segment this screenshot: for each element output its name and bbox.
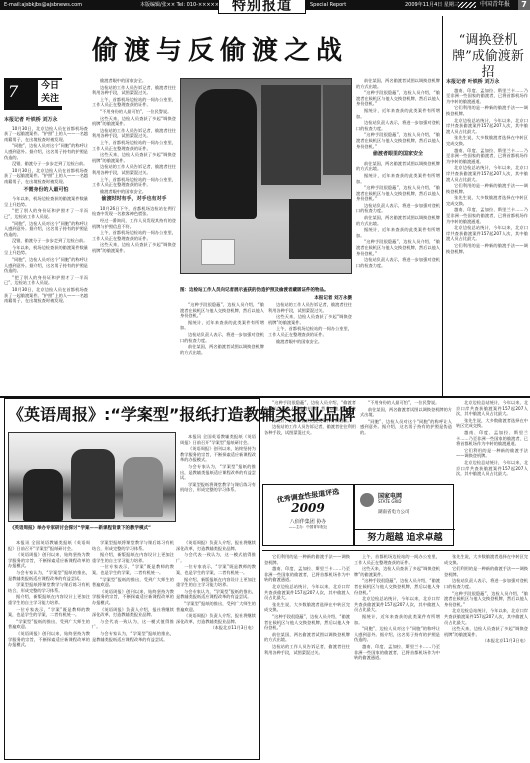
header-email: E-mail:ajsbkjbs@ajsbnews.com	[4, 0, 82, 10]
paragraph: 这些天来，边检人员查获了多起“调换登机牌”的偷渡案件。	[444, 626, 528, 637]
paragraph: 边检站负责人表示，将进一步加强对登机口的检查力度。	[180, 332, 264, 343]
paragraph: 这些天来，边检人员查获了多起“调换登机牌”的偷渡案件。	[92, 116, 176, 127]
paragraph: 据统计，近年来查获的此类案件有所增加。	[354, 614, 440, 625]
paragraph: “这种手段很隐蔽”，边检人员介绍，“偷渡者在候机区与他人交换登机牌，然后以他人身…	[264, 614, 350, 631]
paragraph: 《英语周报》负责人介绍，报社将继续深化改革，打造教辅类报业品牌。	[176, 540, 256, 551]
paragraph: 张先生说，大多数偷渡者选择在中转区完成交换。	[444, 554, 528, 565]
paragraph: 据统计，近年来查获的此类案件有所增加。	[264, 418, 356, 424]
paragraph: 边检站负责人表示，将进一步加强对登机口的检查力度。	[356, 257, 440, 268]
subheading: 偷渡者眼里的国家安全	[356, 152, 440, 158]
paragraph: “把了别人的身份证和护照才了一半而已”，边检站工作人员说。	[4, 275, 88, 286]
paragraph: 经过一番询问，工作人员发现其持有的登机牌与护照信息不符。	[92, 218, 176, 229]
paragraph: 张先生说，大多数偷渡者选择在中转区完成交换。	[446, 135, 528, 146]
section-divider	[262, 550, 530, 551]
paragraph: 它们利用的是一种新的偷渡手法——调换登机牌。	[446, 243, 528, 254]
paragraph: 与会代表一致认为，这一模式值得推广。	[92, 619, 174, 630]
paragraph: 前往某国，两名偷渡者试图以调换登机牌的方式出境。	[264, 632, 350, 643]
paragraph: “同胞”，边检人员对这个“同胞”的称呼让人感到意外。据介绍，这名男子持有的护照是…	[360, 419, 452, 436]
ad-subsidiary: 湖南省电力公司	[378, 509, 410, 515]
paragraph: “这种手段很隐蔽”，边检人员介绍，“偷渡者在候机区与他人交换登机牌，然后以他人身…	[356, 132, 440, 149]
paragraph: 与会专家认为，“学案型”报纸的推出，是教辅类报纸适应课程改革的有益尝试。	[176, 589, 256, 600]
paragraph: 据统计，近年来查获的此类案件有所增加。	[356, 173, 440, 184]
border-officer-photo	[180, 78, 352, 274]
paragraph: 它们利用的是一种新的偷渡手法——调换登机牌。	[446, 105, 528, 116]
paragraph: “这种手段很隐蔽”，边检人员介绍，“偷渡者在候机区与他人交换登机牌，然后以他人身…	[264, 400, 356, 417]
paragraph: 据介绍，新版报纸在内容设计上更加注重学生的自主学习能力培养。	[176, 577, 256, 588]
paragraph: 张先生说，大多数偷渡者选择在中转区完成交换。	[456, 418, 528, 429]
english-weekly-column-2: 本报讯 全国英语教辅类报纸《英语周报》日前召开“学案型”报纸研讨会。 《英语周报…	[8, 540, 90, 758]
paragraph: “这种手段很隐蔽”，边检人员介绍，“偷渡者在候机区与他人交换登机牌，然后以他人身…	[180, 302, 264, 319]
column-mark: 7	[8, 82, 18, 101]
investigative-report-award-ad[interactable]: 优秀调查性报道评选 2009 八佰伴集团 协办 ——主办：中国青年报社	[262, 484, 354, 546]
paragraph: 《英语周报》负责人介绍，报社将继续深化改革，打造教辅类报业品牌。	[92, 607, 174, 618]
paragraph: 据统计，近年来查获的此类案件有所增加。	[356, 227, 440, 238]
paragraph: 越南、印度、孟加拉、斯里兰卡……乃至非洲一些国家的偷渡者，已将首都机场作为中转的…	[446, 148, 528, 165]
paragraph: 前往某国，两名偷渡者试图以调换登机牌的方式出境。	[356, 78, 440, 89]
paragraph: 北京边检总站统计，今年以来，北京口岸共查获偷渡案件157起207人次，其中偷渡人…	[446, 118, 528, 135]
paragraph: 北京边检总站统计，今年以来，北京口岸共查获偷渡案件157起207人次，其中偷渡人…	[446, 225, 528, 242]
paragraph: 北京边检总站统计，今年以来，北京口岸共查获偷渡案件157起207人次，其中偷渡人…	[446, 165, 528, 182]
photo-officer-figure	[195, 89, 257, 219]
paragraph: 10月26日下午，首都机场边检站在例行检查中发现一名旅客神色慌张。	[92, 206, 176, 217]
state-grid-ad[interactable]: 国家电网 STATE GRID 湖南省电力公司 努力超越 追求卓越	[354, 484, 454, 546]
paragraph: 10月30日，北京边检人员在首都机场查获了一起偷渡案件。“护照”上的人——一名越…	[4, 287, 88, 304]
photo-suitcase	[289, 199, 351, 259]
paragraph: “这种手段很隐蔽”，边检人员介绍，“偷渡者在候机区与他人交换登机牌，然后以他人身…	[356, 239, 440, 256]
seminar-photo-caption: 《英语周报》举办专家研讨会探讨“学案——新课程背景下的教学模式”	[10, 526, 176, 532]
paragraph: 它们利用的是一种新的偷渡手法——调换登机牌。	[446, 183, 528, 194]
ad-company-name-en: STATE GRID	[378, 499, 401, 504]
paragraph: 这些天来，边检人员查获了多起“调换登机牌”的偷渡案件。	[92, 242, 176, 253]
main-column-4: “这种手段很隐蔽”，边检人员介绍，“偷渡者在候机区与他人交换登机牌，然后以他人身…	[180, 302, 264, 396]
main-column-3: 前往某国，两名偷渡者试图以调换登机牌的方式出境。 “这种手段很隐蔽”，边检人员介…	[356, 78, 440, 396]
paragraph: 越南、印度、孟加拉、斯里兰卡……乃至非洲一些国家的偷渡者，已将首都机场作为中转的…	[354, 644, 440, 661]
subheading: 不需身份的人最可怕	[4, 188, 88, 194]
paragraph: “这种手段很隐蔽”，边检人员介绍，“偷渡者在候机区与他人交换登机牌，然后以他人身…	[444, 591, 528, 608]
issue-date: 2009年11月4日 星期三	[405, 0, 459, 10]
end-note: （本报北京11月3日电）	[176, 625, 256, 631]
paragraph: 上午，首都机场边检站的一间办公室里，工作人员正在整理查获的证件。	[92, 177, 176, 188]
paragraph: 越南、印度、孟加拉、斯里兰卡……乃至非洲一些国家的偷渡者，已将首都机场作为中转的…	[446, 207, 528, 224]
state-grid-logo-icon	[360, 493, 374, 507]
paper-logo: 中国青年报	[480, 0, 510, 10]
paragraph: “这种手段很隐蔽”，边检人员介绍，“偷渡者在候机区与他人交换登机牌，然后以他人身…	[356, 185, 440, 202]
today-focus-badge: 7 今日关注	[4, 78, 62, 110]
paragraph: 张先生说，大多数偷渡者选择在中转区完成交换。	[446, 195, 528, 206]
paragraph: “把了别人的身份证和护照才了一半而已”，边检站工作人员说。	[4, 208, 88, 219]
photo-caption: 图：边检站工作人员向记者展示查获的伪造护照及偷渡者藏匿证件的物品。	[180, 288, 352, 294]
paragraph: “同胞”，边检人员对这个“同胞”的称呼让人感到意外。据介绍，这名男子持有的护照是…	[354, 626, 440, 643]
paragraph: 一位专家表示，“学案”既是教师的教案，也是学生的学案，二者有机统一。	[8, 607, 90, 618]
lower-column-2: 上午，首都机场边检站的一间办公室里，工作人员正在整理查获的证件。 这些天来，边检…	[354, 554, 440, 760]
paragraph: 北京边检总站统计，今年以来，北京口岸共查获偷渡案件157起207人次，其中偷渡人…	[264, 584, 350, 601]
sidebar-continuation: 北京边检总站统计，今年以来，北京口岸共查获偷渡案件157起207人次，其中偷渡人…	[456, 400, 528, 546]
paragraph: 《英语周报》负责人介绍，报社将继续深化改革，打造教辅类报业品牌。	[176, 613, 256, 624]
paragraph: 没错，偷渡分子一步步走到了边检台前。	[4, 161, 88, 167]
paragraph: 与会专家认为，“学案型”报纸的推出，是教辅类报纸适应课程改革的有益尝试。	[92, 631, 174, 642]
paragraph: 边检站的工作人员告诉记者，偷渡者往往利用各种手段，试图蒙混过关。	[264, 424, 356, 435]
paragraph: “学案型”报纸的推出，受到广大师生的普遍欢迎。	[176, 601, 256, 612]
paragraph: “不用身份的人最可怕”，一位民警说。	[360, 400, 452, 406]
section-title: 特别报道	[218, 0, 306, 14]
paragraph: 与会代表一致认为，这一模式值得推广。	[176, 552, 256, 563]
paragraph: 北京边检总站统计，今年以来，北京口岸共查获偷渡案件157起207人次，其中偷渡人…	[456, 400, 528, 417]
paragraph: 《英语周报》创刊以来，始终坚持为教学服务的宗旨，不断探索适应新课程改革的办报模式…	[8, 552, 90, 569]
sidebar-headline: “调换登机牌”成偷渡新招	[448, 33, 528, 81]
paragraph: 前往某国，两名偷渡者试图以调换登机牌的方式出境。	[356, 161, 440, 172]
main-column-2: 偷渡者眼中的国家安全。 边检站的工作人员告诉记者，偷渡者往往利用各种手段，试图蒙…	[92, 78, 176, 396]
paragraph: 边检站负责人表示，将进一步加强对登机口的检查力度。	[356, 203, 440, 214]
photo-person	[71, 449, 115, 519]
paragraph: 本报讯 全国英语教辅类报纸《英语周报》日前召开“学案型”报纸研讨会。	[8, 540, 90, 551]
paragraph: 今年以来，机场边检查获的偷渡案件数量呈上升趋势。	[4, 245, 88, 256]
paragraph: “学案型”报纸的推出，受到广大师生的普遍欢迎。	[92, 577, 174, 588]
paragraph: 越南、印度、孟加拉、斯里兰卡……乃至非洲一些国家的偷渡者，已将首都机场作为中转的…	[264, 566, 350, 583]
main-article-continuation: “这种手段很隐蔽”，边检人员介绍，“偷渡者在候机区与他人交换登机牌，然后以他人身…	[264, 400, 452, 482]
byline: 本报记者 叶铁桥 刘万永	[4, 118, 88, 124]
paragraph: 边检站的工作人员告诉记者，偷渡者往往利用各种手段，试图蒙混过关。	[268, 302, 352, 313]
english-weekly-column-4: 《英语周报》负责人介绍，报社将继续深化改革，打造教辅类报业品牌。 与会代表一致认…	[176, 540, 256, 758]
paragraph: 越南、印度、孟加拉、斯里兰卡……乃至非洲一些国家的偷渡者，已将首都机场作为中转的…	[456, 430, 528, 447]
subheading: 偷渡时时有手，对手也有对手	[92, 197, 176, 203]
hatch-decoration-icon	[458, 2, 476, 8]
paragraph: 据统计，近年来查获的此类案件有所增加。	[180, 320, 264, 331]
paragraph: 上午，首都机场边检站的一间办公室里，工作人员正在整理查获的证件。	[92, 230, 176, 241]
column-label: 今日关注	[38, 80, 62, 106]
paragraph: 今年以来，机场边检查获的偷渡案件数量呈上升趋势。	[4, 196, 88, 207]
paragraph: 这些天来，边检人员查获了多起“调换登机牌”的偷渡案件。	[268, 314, 352, 325]
paragraph: 边检站负责人表示，将进一步加强对登机口的检查力度。	[444, 578, 528, 589]
photo-display-board	[261, 85, 321, 185]
paragraph: 学案型报纸将课堂教学与课后练习有机结合，形成完整的学习体系。	[92, 540, 174, 551]
paragraph: 边检站的工作人员告诉记者，偷渡者往往利用各种手段，试图蒙混过关。	[92, 164, 176, 175]
lower-column-1: 它们利用的是一种新的偷渡手法——调换登机牌。 越南、印度、孟加拉、斯里兰卡……乃…	[264, 554, 350, 760]
paragraph: 与会专家认为，“学案型”报纸的推出，是教辅类报纸适应课程改革的有益尝试。	[180, 464, 256, 481]
paragraph: 与会专家认为，“学案型”报纸的推出，是教辅类报纸适应课程改革的有益尝试。	[8, 570, 90, 581]
english-weekly-column-3: 学案型报纸将课堂教学与课后练习有机结合，形成完整的学习体系。 据介绍，新版报纸在…	[92, 540, 174, 758]
paragraph: 这些天来，边检人员查获了多起“调换登机牌”的偷渡案件。	[354, 566, 440, 577]
paragraph: 上午，首都机场边检站的一间办公室里，工作人员正在整理查获的证件。	[354, 554, 440, 565]
paragraph: 据介绍，新版报纸在内容设计上更加注重学生的自主学习能力培养。	[92, 552, 174, 563]
paragraph: 前往某国，两名偷渡者试图以调换登机牌的方式出境。	[360, 407, 452, 418]
end-note: （本报北京11月3日电）	[444, 638, 528, 644]
section-english: Special Report	[310, 0, 346, 10]
paragraph: 它们利用的是一种新的偷渡手法——调换登机牌。	[456, 448, 528, 459]
paragraph: 它们利用的是一种新的偷渡手法——调换登机牌。	[444, 566, 528, 577]
photo-display-board	[323, 85, 351, 175]
paragraph: 上午，首都机场边检站的一间办公室里，工作人员正在整理查获的证件。	[268, 326, 352, 337]
paragraph: 上午，首都机场边检站的一间办公室里，工作人员正在整理查获的证件。	[92, 140, 176, 151]
paragraph: 这些天来，边检人员查获了多起“调换登机牌”的偷渡案件。	[92, 152, 176, 163]
ad-slogan: 努力超越 追求卓越	[355, 529, 455, 546]
paragraph: “同胞”，边检人员对这个“同胞”的称呼让人感到意外。据介绍，这名男子持有的护照是…	[4, 143, 88, 160]
paragraph: “这种手段很隐蔽”，边检人员介绍，“偷渡者在候机区与他人交换登机牌，然后以他人身…	[354, 578, 440, 595]
english-weekly-column-1: 本报讯 全国英语教辅类报纸《英语周报》日前召开“学案型”报纸研讨会。 《英语周报…	[180, 434, 256, 534]
paragraph: “学案型”报纸的推出，受到广大师生的普遍欢迎。	[8, 619, 90, 630]
paragraph: 越南、印度、孟加拉、斯里兰卡……乃至非洲一些国家的偷渡者，已将首都机场作为中转的…	[446, 88, 528, 105]
paragraph: 据介绍，新版报纸在内容设计上更加注重学生的自主学习能力培养。	[8, 594, 90, 605]
paragraph: 一位专家表示，“学案”既是教师的教案，也是学生的学案，二者有机统一。	[92, 564, 174, 575]
main-headline: 偷渡与反偷渡之战	[70, 30, 370, 67]
paragraph: 没错，偷渡分子一步步走到了边检台前。	[4, 238, 88, 244]
sidebar-column: 本报记者 叶铁桥 刘万永 越南、印度、孟加拉、斯里兰卡……乃至非洲一些国家的偷渡…	[446, 78, 528, 396]
photo-passport	[201, 239, 235, 265]
paragraph: 学案型报纸将课堂教学与课后练习有机结合，形成完整的学习体系。	[8, 582, 90, 593]
paragraph: 偷渡者眼中的国家安全。	[268, 339, 352, 345]
paragraph: 本报讯 全国英语教辅类报纸《英语周报》日前召开“学案型”报纸研讨会。	[180, 434, 256, 445]
page-number: 7	[518, 0, 530, 10]
paragraph: 它们利用的是一种新的偷渡手法——调换登机牌。	[264, 554, 350, 565]
paragraph: 《英语周报》创刊以来，始终坚持为教学服务的宗旨，不断探索适应新课程改革的办报模式…	[180, 446, 256, 463]
lower-column-3: 张先生说，大多数偷渡者选择在中转区完成交换。 它们利用的是一种新的偷渡手法——调…	[444, 554, 528, 760]
paragraph: 边检站的工作人员告诉记者，偷渡者往往利用各种手段，试图蒙混过关。	[264, 644, 350, 655]
photo-person	[23, 469, 63, 521]
paragraph: 10月30日，北京边检人员在首都机场查获了一起偷渡案件。“护照”上的人——一名越…	[4, 168, 88, 185]
paragraph: “同胞”，边检人员对这个“同胞”的称呼让人感到意外。据介绍，这名男子持有的护照是…	[4, 257, 88, 274]
seminar-photo	[8, 432, 176, 522]
column-divider	[442, 16, 443, 396]
main-column-5: 边检站的工作人员告诉记者，偷渡者往往利用各种手段，试图蒙混过关。 这些天来，边检…	[268, 302, 352, 396]
sidebar-byline: 本报记者 叶铁桥 刘万永	[446, 80, 528, 86]
paragraph: 据统计，近年来查获的此类案件有所增加。	[356, 108, 440, 119]
paragraph: 北京边检总站统计，今年以来，北京口岸共查获偷渡案件157起207人次，其中偷渡人…	[444, 608, 528, 625]
paragraph: 上午，首都机场边检站的一间办公室里，工作人员正在整理查获的证件。	[92, 97, 176, 108]
paragraph: 前往某国，两名偷渡者试图以调换登机牌的方式出境。	[180, 344, 264, 355]
paragraph: 一位专家表示，“学案”既是教师的教案，也是学生的学案，二者有机统一。	[176, 564, 256, 575]
award-sponsor: 八佰伴集团 协办	[263, 518, 353, 525]
paragraph: 边检站负责人表示，将进一步加强对登机口的检查力度。	[356, 120, 440, 131]
paragraph: 《英语周报》创刊以来，始终坚持为教学服务的宗旨，不断探索适应新课程改革的办报模式…	[92, 589, 174, 606]
paragraph: “同胞”，边检人员对这个“同胞”的称呼让人感到意外。据介绍，这名男子持有的护照是…	[4, 221, 88, 238]
paragraph: 《英语周报》创刊以来，始终坚持为教学服务的宗旨，不断探索适应新课程改革的办报模式…	[8, 631, 90, 648]
paragraph: “这种手段很隐蔽”，边检人员介绍，“偷渡者在候机区与他人交换登机牌，然后以他人身…	[356, 90, 440, 107]
paragraph: 偷渡者眼中的国家安全。	[92, 189, 176, 195]
paragraph: 北京边检总站统计，今年以来，北京口岸共查获偷渡案件157起207人次，其中偷渡人…	[456, 460, 528, 477]
paragraph: 边检站的工作人员告诉记者，偷渡者往往利用各种手段，试图蒙混过关。	[92, 85, 176, 96]
paragraph: 北京边检总站统计，今年以来，北京口岸共查获偷渡案件157起207人次，其中偷渡人…	[354, 596, 440, 613]
main-column-1: 本报记者 叶铁桥 刘万永 10月30日，北京边检人员在首都机场查获了一起偷渡案件…	[4, 116, 88, 396]
paragraph: 学案型报纸将课堂教学与课后练习有机结合，形成完整的学习体系。	[180, 482, 256, 493]
paragraph: 前往某国，两名偷渡者试图以调换登机牌的方式出境。	[356, 215, 440, 226]
paragraph: 偷渡者眼中的国家安全。	[92, 78, 176, 84]
paragraph: 10月30日，北京边检人员在首都机场查获了一起偷渡案件。“护照”上的人——一名越…	[4, 126, 88, 143]
photo-person	[123, 457, 163, 517]
paragraph: “不用身份的人最可怕”，一位民警说。	[92, 109, 176, 115]
award-note: ——主办：中国青年报社	[263, 525, 353, 530]
paragraph: 张先生说，大多数偷渡者选择在中转区完成交换。	[264, 602, 350, 613]
paragraph: 边检站的工作人员告诉记者，偷渡者往往利用各种手段，试图蒙混过关。	[92, 128, 176, 139]
